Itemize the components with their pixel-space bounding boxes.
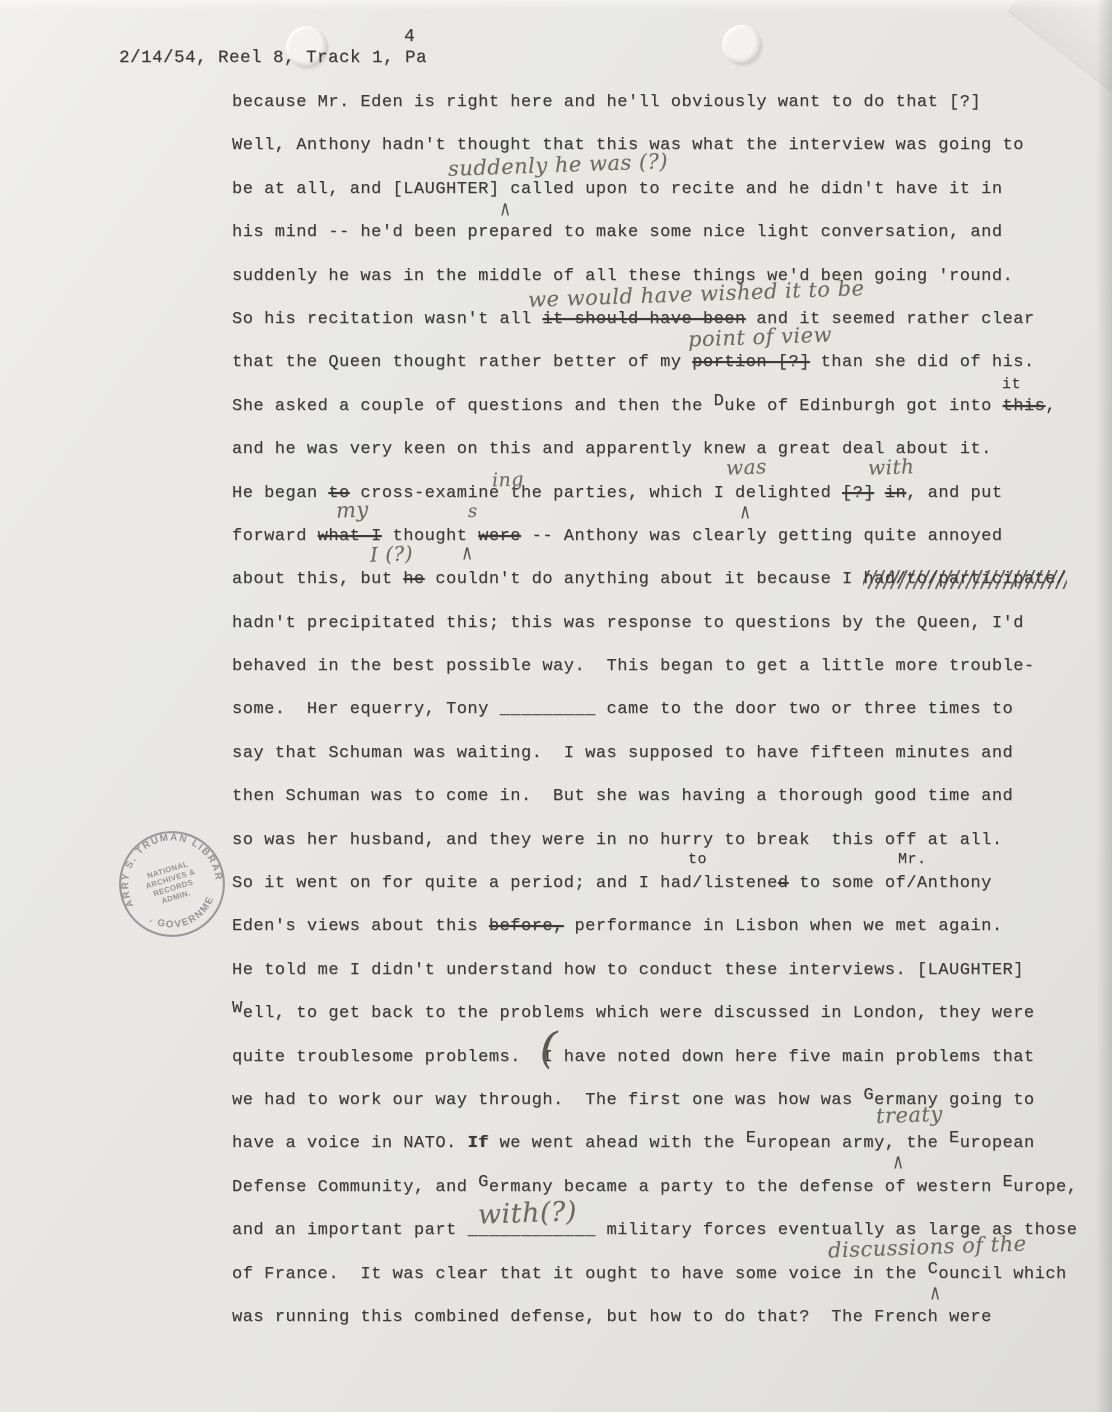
text-segment: , (1045, 397, 1056, 416)
typed-line: that the Queen thought rather better of … (0, 341, 1112, 384)
text-segment: suddenly he was in the middle of all the… (232, 267, 1013, 286)
typed-line: forward what I thought were -- Anthony w… (0, 515, 1112, 558)
text-segment: of France. It was clear that it ought to… (232, 1265, 928, 1284)
text-segment: ermany became a party to the defense of … (489, 1178, 1003, 1197)
text-segment (874, 484, 885, 503)
handwritten-annotation: s (468, 501, 479, 523)
typed-line: some. Her equerry, Tony _________ came t… (0, 688, 1112, 731)
text-segment: If (467, 1134, 488, 1153)
handwritten-annotation: ing (492, 468, 525, 491)
text-segment: So it went on for quite a period; and I … (232, 874, 778, 893)
text-segment: G (863, 1086, 874, 1105)
handwritten-annotation: I (?) (370, 543, 414, 566)
text-segment: that the Queen thought rather better of … (232, 353, 692, 372)
page-number: 4 (404, 27, 415, 47)
text-segment: D (714, 392, 725, 411)
text-segment: She asked a couple of questions and then… (232, 397, 714, 416)
text-segment: say that Schuman was waiting. I was supp… (232, 744, 1013, 763)
text-segment: because Mr. Eden is right here and he'll… (232, 93, 981, 112)
typed-text-block: because Mr. Eden is right here and he'll… (0, 81, 1112, 1339)
document-page: 2/14/54, Reel 8, Track 1, Pa 4 because M… (0, 0, 1112, 1412)
text-segment: uropean army, the (756, 1134, 949, 1153)
handwritten-annotation: was (726, 455, 768, 478)
typed-line: and he was very keen on this and apparen… (0, 428, 1112, 471)
text-segment: E (1003, 1173, 1014, 1192)
text-segment: E (949, 1129, 960, 1148)
text-segment: -- Anthony was clearly getting quite ann… (521, 527, 1003, 546)
text-segment: G (478, 1173, 489, 1192)
typed-insertion: it (1002, 374, 1021, 396)
handwritten-annotation: with (868, 455, 915, 479)
text-segment: then Schuman was to come in. But she was… (232, 787, 1013, 806)
typed-line: So his recitation wasn't all it should h… (0, 298, 1112, 341)
text-segment: W (232, 999, 243, 1018)
text-segment: the parties, which I delighted (500, 484, 842, 503)
text-segment: performance in Lisbon when we met again. (564, 917, 1003, 936)
typed-line: was running this combined defense, but h… (0, 1296, 1112, 1339)
struck-text: this (1003, 397, 1046, 416)
struck-text: portion [?] (692, 353, 810, 372)
text-segment: than she did of his. (810, 353, 1035, 372)
text-segment: behaved in the best possible way. This b… (232, 657, 1035, 676)
text-segment: He began (232, 484, 328, 503)
text-segment: we had to work our way through. The firs… (232, 1091, 863, 1110)
header-text: 2/14/54, Reel 8, Track 1, Pa (119, 48, 427, 68)
typed-line: we had to work our way through. The firs… (0, 1079, 1112, 1122)
corner-crease (1008, 0, 1112, 91)
typed-line: say that Schuman was waiting. I was supp… (0, 732, 1112, 775)
text-segment: couldn't do anything about it because I (425, 570, 864, 589)
typed-line: hadn't precipitated this; this was respo… (0, 602, 1112, 645)
typed-line: his mind -- he'd been prepared to make s… (0, 211, 1112, 254)
typed-line: because Mr. Eden is right here and he'll… (0, 81, 1112, 124)
struck-text: [?] (842, 484, 874, 503)
text-segment: so was her husband, and they were in no … (232, 831, 1003, 850)
header-line: 2/14/54, Reel 8, Track 1, Pa (75, 28, 427, 88)
struck-text: before, (489, 917, 564, 936)
typed-line: about this, but he couldn't do anything … (0, 558, 1112, 601)
handwritten-annotation: my (336, 498, 370, 521)
text-segment: be at all, and [LAUGHTER] called upon to… (232, 180, 1003, 199)
typed-line: be at all, and [LAUGHTER] called upon to… (0, 168, 1112, 211)
typed-insertion: Mr. (898, 849, 927, 871)
text-segment: forward (232, 527, 318, 546)
text-segment: have a voice in NATO. (232, 1134, 467, 1153)
text-segment: So his recitation wasn't all (232, 310, 542, 329)
text-segment: He told me I didn't understand how to co… (232, 961, 1024, 980)
text-segment: was running this combined defense, but h… (232, 1308, 992, 1327)
typed-line: He began to cross-examine the parties, w… (0, 472, 1112, 515)
text-segment: urope, (1013, 1178, 1077, 1197)
text-segment: uropean (960, 1134, 1035, 1153)
handwritten-annotation: point of view (688, 324, 833, 351)
typed-insertion: to (688, 849, 707, 871)
typed-line: of France. It was clear that it ought to… (0, 1253, 1112, 1296)
struck-text: in (885, 484, 906, 503)
text-segment: uke of Edinburgh got into (724, 397, 1002, 416)
typed-line: She asked a couple of questions and then… (0, 385, 1112, 428)
text-segment: some. Her equerry, Tony _________ came t… (232, 700, 1013, 719)
text-segment: we went ahead with the (489, 1134, 746, 1153)
punch-hole-right (722, 25, 762, 65)
typed-line: quite troublesome problems. I have noted… (0, 1036, 1112, 1079)
text-segment: ouncil which (938, 1265, 1066, 1284)
text-segment: his mind -- he'd been prepared to make s… (232, 223, 1003, 242)
struck-text: he (403, 570, 424, 589)
text-segment: , and put (906, 484, 1002, 503)
typed-line: He told me I didn't understand how to co… (0, 949, 1112, 992)
struck-text: d (778, 874, 789, 893)
typed-line: have a voice in NATO. If we went ahead w… (0, 1122, 1112, 1165)
typed-line: behaved in the best possible way. This b… (0, 645, 1112, 688)
text-segment: quite troublesome problems. I have noted… (232, 1048, 1035, 1067)
handwritten-annotation: with(?) (478, 1201, 578, 1226)
text-segment: ell, to get back to the problems which w… (243, 1004, 1035, 1023)
text-segment: about this, but (232, 570, 403, 589)
handwritten-annotation: treaty (876, 1103, 943, 1127)
typed-line: then Schuman was to come in. But she was… (0, 775, 1112, 818)
text-segment: hadn't precipitated this; this was respo… (232, 614, 1024, 633)
text-segment: to some of/Anthony (789, 874, 992, 893)
slashed-text: had/to/participate/ (863, 570, 1066, 589)
text-segment: E (746, 1129, 757, 1148)
text-segment: Eden's views about this (232, 917, 489, 936)
struck-text: were (478, 527, 521, 546)
handwritten-annotation: discussions of the (828, 1232, 1027, 1261)
text-segment: cross-examine (350, 484, 500, 503)
text-segment: Defense Community, and (232, 1178, 478, 1197)
text-segment: and an important part (232, 1221, 467, 1240)
